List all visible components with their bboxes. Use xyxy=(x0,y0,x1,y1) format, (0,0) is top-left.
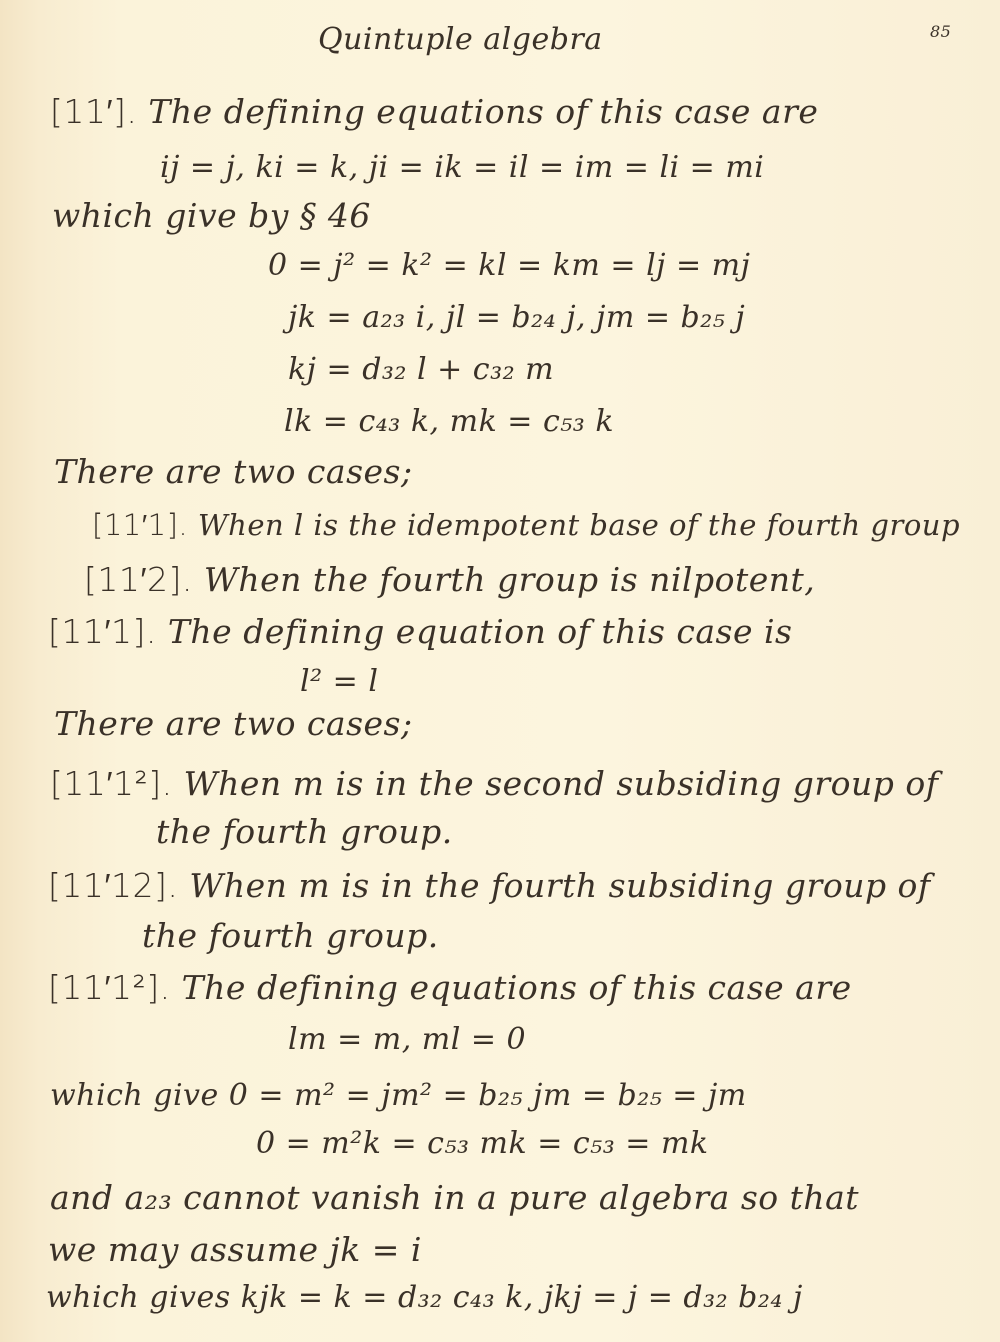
equation-line: lm = m, ml = 0 xyxy=(288,1022,526,1057)
case-ref: [11′]. xyxy=(50,92,137,131)
case-ref: [11′1²]. xyxy=(48,968,171,1007)
text-line: which give by § 46 xyxy=(52,196,371,235)
line-text: When m is in the second subsiding group … xyxy=(184,764,939,803)
equation-line: kj = d₃₂ l + c₃₂ m xyxy=(288,352,554,387)
case-ref: [11′2]. xyxy=(84,560,193,599)
manuscript-page: Quintuple algebra 85 [11′]. The defining… xyxy=(0,0,1000,1342)
line-text: The defining equations of this case are xyxy=(182,968,852,1007)
equation-line: lk = c₄₃ k, mk = c₅₃ k xyxy=(284,404,614,439)
equation-line: 0 = j² = k² = kl = km = lj = mj xyxy=(268,248,750,283)
text-line: the fourth group. xyxy=(142,916,439,955)
case-heading: [11′1]. The defining equation of this ca… xyxy=(48,612,792,651)
text-line: There are two cases; xyxy=(54,704,413,743)
text-line: the fourth group. xyxy=(156,812,453,851)
case-ref: [11′1²]. xyxy=(50,764,173,803)
equation-line: 0 = m²k = c₅₃ mk = c₅₃ = mk xyxy=(256,1126,709,1161)
line-text: When l is the idempotent base of the fou… xyxy=(198,508,960,542)
line-text: The defining equation of this case is xyxy=(168,612,793,651)
equation-line: jk = a₂₃ i, jl = b₂₄ j, jm = b₂₅ j xyxy=(288,300,745,335)
case-item: [11′1]. When l is the idempotent base of… xyxy=(92,508,960,543)
equation-line: which gives kjk = k = d₃₂ c₄₃ k, jkj = j… xyxy=(46,1280,803,1315)
case-item: [11′1²]. When m is in the second subsidi… xyxy=(50,764,938,803)
text-line: we may assume jk = i xyxy=(48,1230,422,1269)
line-text: When m is in the fourth subsiding group … xyxy=(189,866,930,905)
case-heading: [11′]. The defining equations of this ca… xyxy=(50,92,818,131)
equation-line: ij = j, ki = k, ji = ik = il = im = li =… xyxy=(160,150,764,185)
page-number: 85 xyxy=(930,22,951,41)
page-title: Quintuple algebra xyxy=(318,22,603,57)
line-text: The defining equations of this case are xyxy=(148,92,818,131)
case-item: [11′12]. When m is in the fourth subsidi… xyxy=(48,866,931,905)
case-heading: [11′1²]. The defining equations of this … xyxy=(48,968,852,1007)
case-item: [11′2]. When the fourth group is nilpote… xyxy=(84,560,815,599)
equation-line: l² = l xyxy=(300,664,378,699)
case-ref: [11′12]. xyxy=(48,866,178,905)
case-ref: [11′1]. xyxy=(92,508,188,542)
line-text: When the fourth group is nilpotent, xyxy=(204,560,815,599)
case-ref: [11′1]. xyxy=(48,612,157,651)
equation-line: which give 0 = m² = jm² = b₂₅ jm = b₂₅ =… xyxy=(50,1078,747,1113)
text-line: and a₂₃ cannot vanish in a pure algebra … xyxy=(50,1178,859,1217)
text-line: There are two cases; xyxy=(54,452,413,491)
